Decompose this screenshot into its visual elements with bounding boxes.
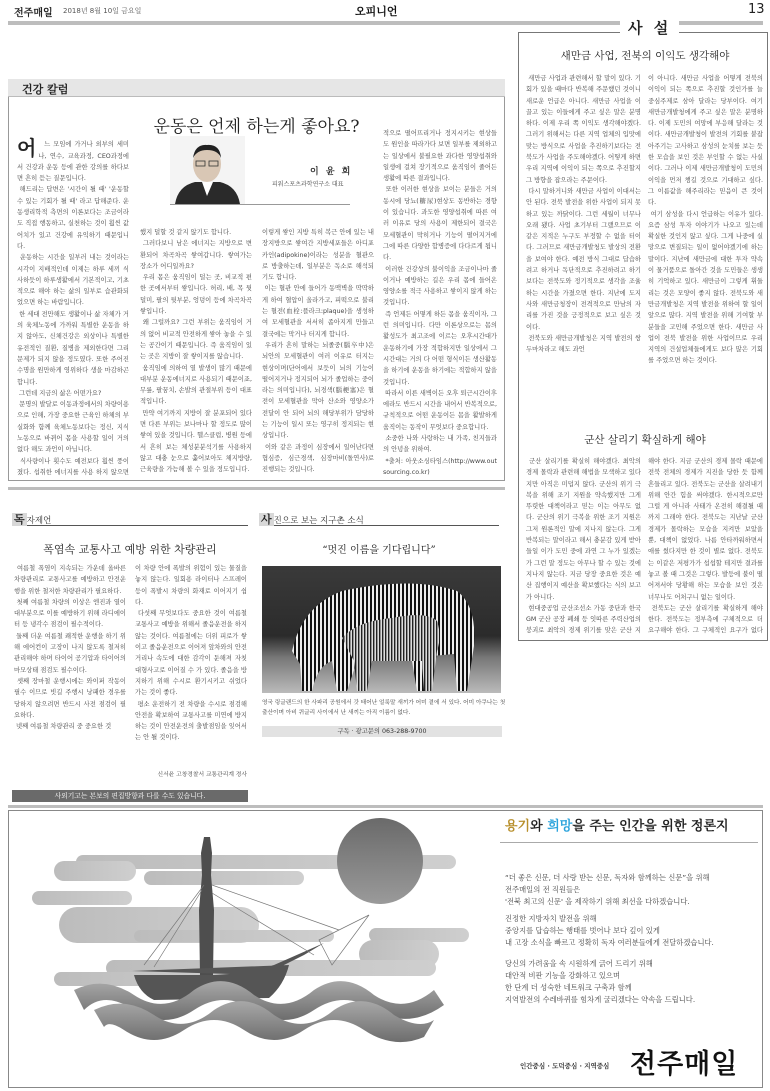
paper-name: 전주매일: [14, 4, 53, 19]
slogan-word-courage: 용기: [505, 819, 530, 834]
photo-caption: 영국 링글랜드의 한 사파리 공원에서 갓 태어난 얼룩말 새끼가 어미 곁에 …: [262, 699, 507, 718]
editorial-2-text-2: 해야 한다. 지금 군산의 경제 몰락 때문에 전북 전체의 경제가 지진을 당…: [648, 456, 763, 636]
reader-label-first: 독: [12, 513, 27, 526]
health-column-text-2: 했지 덜할 것 같지 않기도 합니다. 그러다보니 남은 에너지는 지방으로 변…: [140, 227, 252, 477]
drop-cap: 어: [17, 139, 36, 157]
slogan-rest: 을 주는 인간을 위한 정론지: [572, 819, 728, 834]
health-col1-body: 느 모임에 가거나 외부의 세미나, 연수, 교육과정, CEO과정에서 건강과…: [17, 141, 129, 476]
photo-label-rest: 진으로 보는 지구촌 소식: [274, 516, 364, 526]
editorial-2-text-1: 군산 살리기를 확실히 해야겠다. 최악의 경제 몰락과 관련해 해법을 모색하…: [526, 456, 641, 636]
author-photo: [170, 136, 245, 204]
photo-label-first: 사: [259, 513, 274, 526]
reader-signature: 신서윤 고창경찰서 교통관리계 경사: [135, 770, 247, 781]
slogan-divider: [500, 842, 758, 843]
editorial-1-title: 새만금 사업, 전북의 이익도 생각해야: [520, 48, 770, 63]
section-divider: [8, 487, 505, 490]
subscription-bar: 구독 · 광고문의 063-288-9700: [262, 726, 502, 737]
page-number: 13: [748, 2, 765, 17]
editorial-label: 사 설: [620, 17, 679, 38]
disclaimer-bar: 사외기고는 본보의 편집방향과 다를 수도 있습니다.: [12, 790, 248, 802]
photo-news-title: “멋진 이름을 기다립니다”: [259, 541, 499, 556]
editorial-1-text-2: 이 아니다. 새만금 사업을 어떻게 전북의 이익이 되는 쪽으로 추진할 것인…: [648, 73, 763, 424]
editorial-2-title: 군산 살리기 확실하게 해야: [520, 432, 770, 447]
author-role: 피워스포츠과학연구소 대표: [272, 179, 343, 188]
zebra-image-icon: [262, 566, 501, 693]
reader-column-title: 폭염속 교통사고 예방 위한 차량관리: [12, 541, 248, 557]
reader-column-text-1: 여름철 폭염이 지속되는 가운데 올바른 차량관리로 교통사고를 예방하고 안전…: [14, 563, 126, 778]
reader-column-header: 독자제언: [12, 508, 248, 526]
editorial-1-text-1: 새만금 사업과 관련해서 할 말이 있다. 기회가 있을 때마다 반복해 주문했…: [526, 73, 641, 424]
reader-label-rest: 자제언: [27, 516, 52, 526]
health-column-text-3: 이렇게 쌓인 지방 특히 복근 안에 있는 내장지방으로 쌓여간 지방세포들은 …: [262, 227, 374, 477]
issue-date: 2018년 8월 10일 금요일: [63, 6, 141, 16]
pen-ship-illustration-icon: [14, 815, 469, 1085]
slogan-connector: 와: [530, 819, 547, 834]
ad-paragraph-1: “더 좋은 신문, 더 사랑 받는 신문, 독자와 함께하는 신문”을 위해 전…: [505, 872, 765, 908]
health-column-header: [8, 79, 505, 97]
ad-motto: 인간중심 · 도덕중심 · 지역중심: [520, 1061, 609, 1070]
author-divider: [170, 204, 350, 205]
health-column-text-1: 어느 모임에 가거나 외부의 세미나, 연수, 교육과정, CEO과정에서 건강…: [17, 128, 129, 476]
author-name: 이 윤 희: [310, 164, 352, 177]
photo-news-header: 사진으로 보는 지구촌 소식: [259, 508, 499, 526]
ad-slogan: 용기와 희망을 주는 인간을 위한 정론지: [505, 815, 729, 834]
health-column-text-4: 적으로 떨어뜨리거나 정지시키는 현상들도 원인을 따라가다 보면 일부를 제외…: [383, 128, 497, 476]
ad-paragraph-3: 당신의 가려움을 속 시원하게 긁어 드리기 위해 대안적 비판 기능을 강화하…: [505, 958, 765, 1006]
zebra-photo: [262, 566, 501, 693]
reader-column-text-2: 이 차량 안에 폭발의 위험이 있는 물질을 놓지 않는다. 일회용 라이터나 …: [135, 563, 247, 770]
slogan-word-hope: 희망: [547, 819, 572, 834]
section-title: 오피니언: [355, 3, 398, 19]
ad-illustration: [14, 815, 469, 1085]
section-divider: [8, 805, 763, 808]
ad-paragraph-2: 진정한 지방자치 발전을 위해 중앙지를 답습하는 행태를 벗어나 보다 깊이 …: [505, 913, 765, 949]
health-column-label: 건강 칼럼: [22, 81, 68, 97]
author-portrait-icon: [170, 136, 245, 204]
ad-logo: 전주매일: [630, 1042, 738, 1081]
